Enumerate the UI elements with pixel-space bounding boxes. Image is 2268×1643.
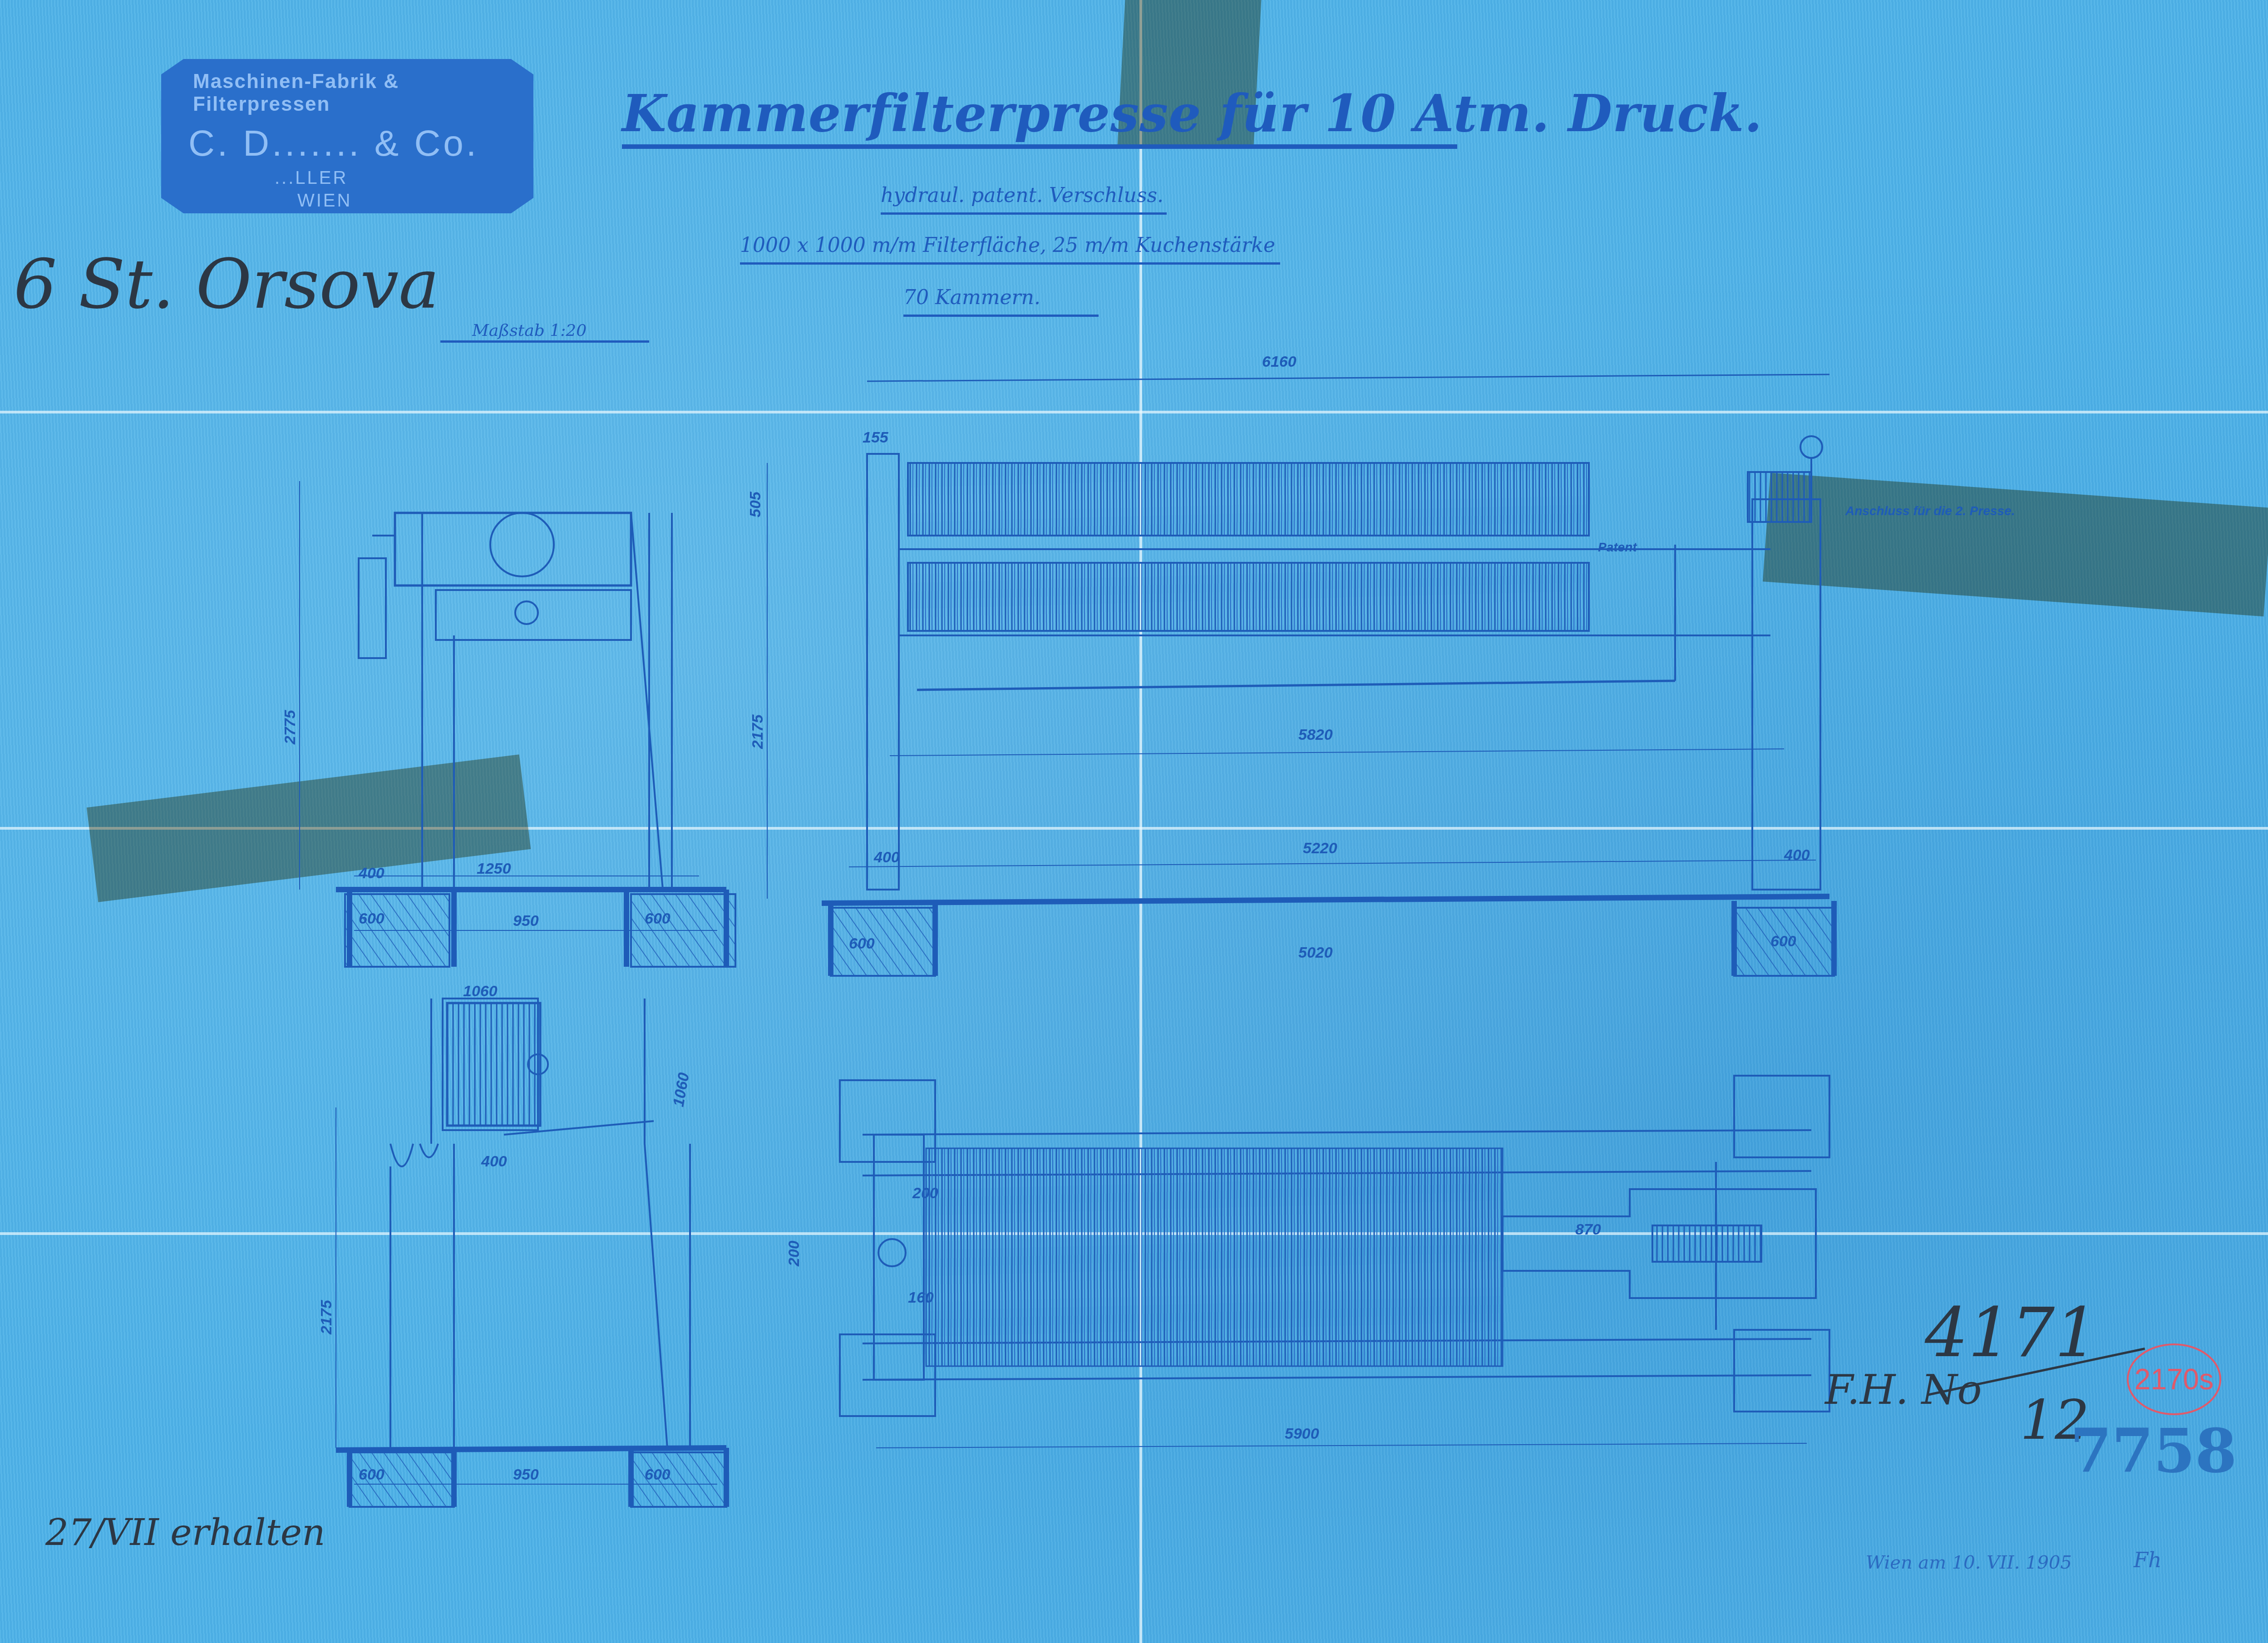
dim-2175-end: 2175 [318, 1299, 335, 1335]
dim-155: 155 [863, 429, 889, 446]
dim-950-front: 950 [513, 912, 539, 930]
dim-5900: 5900 [1285, 1425, 1319, 1442]
dim-600-side-right: 600 [1770, 933, 1796, 950]
connection-note: Anschluss für die 2. Presse. [1845, 504, 2015, 518]
fh-number-label: F.H. No [1825, 1366, 1982, 1414]
dim-2175-side: 2175 [749, 714, 766, 749]
dim-600-end-right: 600 [645, 1466, 671, 1483]
place-date: Wien am 10. VII. 1905 [1866, 1552, 2072, 1573]
dim-1060-width: 1060 [463, 983, 498, 1000]
dim-2775: 2775 [281, 709, 299, 745]
dim-950-end: 950 [513, 1466, 539, 1483]
dim-5220: 5220 [1303, 840, 1337, 857]
dim-6160: 6160 [1262, 353, 1297, 370]
plan-view [840, 1076, 1829, 1448]
dim-5020: 5020 [1298, 944, 1333, 961]
received-note: 27/VII erhalten [45, 1511, 325, 1554]
dim-200-plan: 200 [912, 1185, 938, 1202]
initials: Fh [2134, 1548, 2162, 1572]
dim-400-front: 400 [358, 865, 385, 882]
dim-5820: 5820 [1298, 726, 1333, 743]
patent-label: Patent [1598, 540, 1637, 554]
dim-600-side-left: 600 [849, 935, 875, 952]
dim-160-plan: 160 [908, 1289, 934, 1306]
side-elevation-view [767, 374, 1834, 976]
dim-400-end: 400 [481, 1153, 507, 1170]
dim-200-vert: 200 [785, 1240, 803, 1267]
dim-600-end-left: 600 [359, 1466, 385, 1483]
dim-1250: 1250 [477, 860, 511, 877]
dim-400-right: 400 [1784, 846, 1810, 864]
blueprint-sheet: Maschinen-Fabrik & Filterpressen C. D...… [0, 0, 2268, 1643]
front-elevation-view [300, 481, 735, 967]
dim-870: 870 [1575, 1221, 1601, 1238]
dim-1060-height: 1060 [670, 1071, 693, 1108]
inventory-stamp-number: 7758 [2070, 1416, 2237, 1486]
dim-400-left: 400 [873, 849, 900, 866]
dim-600-front-left: 600 [359, 910, 385, 927]
red-circle-stamp: 2170s [2127, 1343, 2221, 1415]
end-section-view [336, 999, 726, 1507]
dim-600-front-right: 600 [645, 910, 671, 927]
dim-505: 505 [747, 491, 764, 517]
fh-number: 4171 [1925, 1294, 2098, 1372]
